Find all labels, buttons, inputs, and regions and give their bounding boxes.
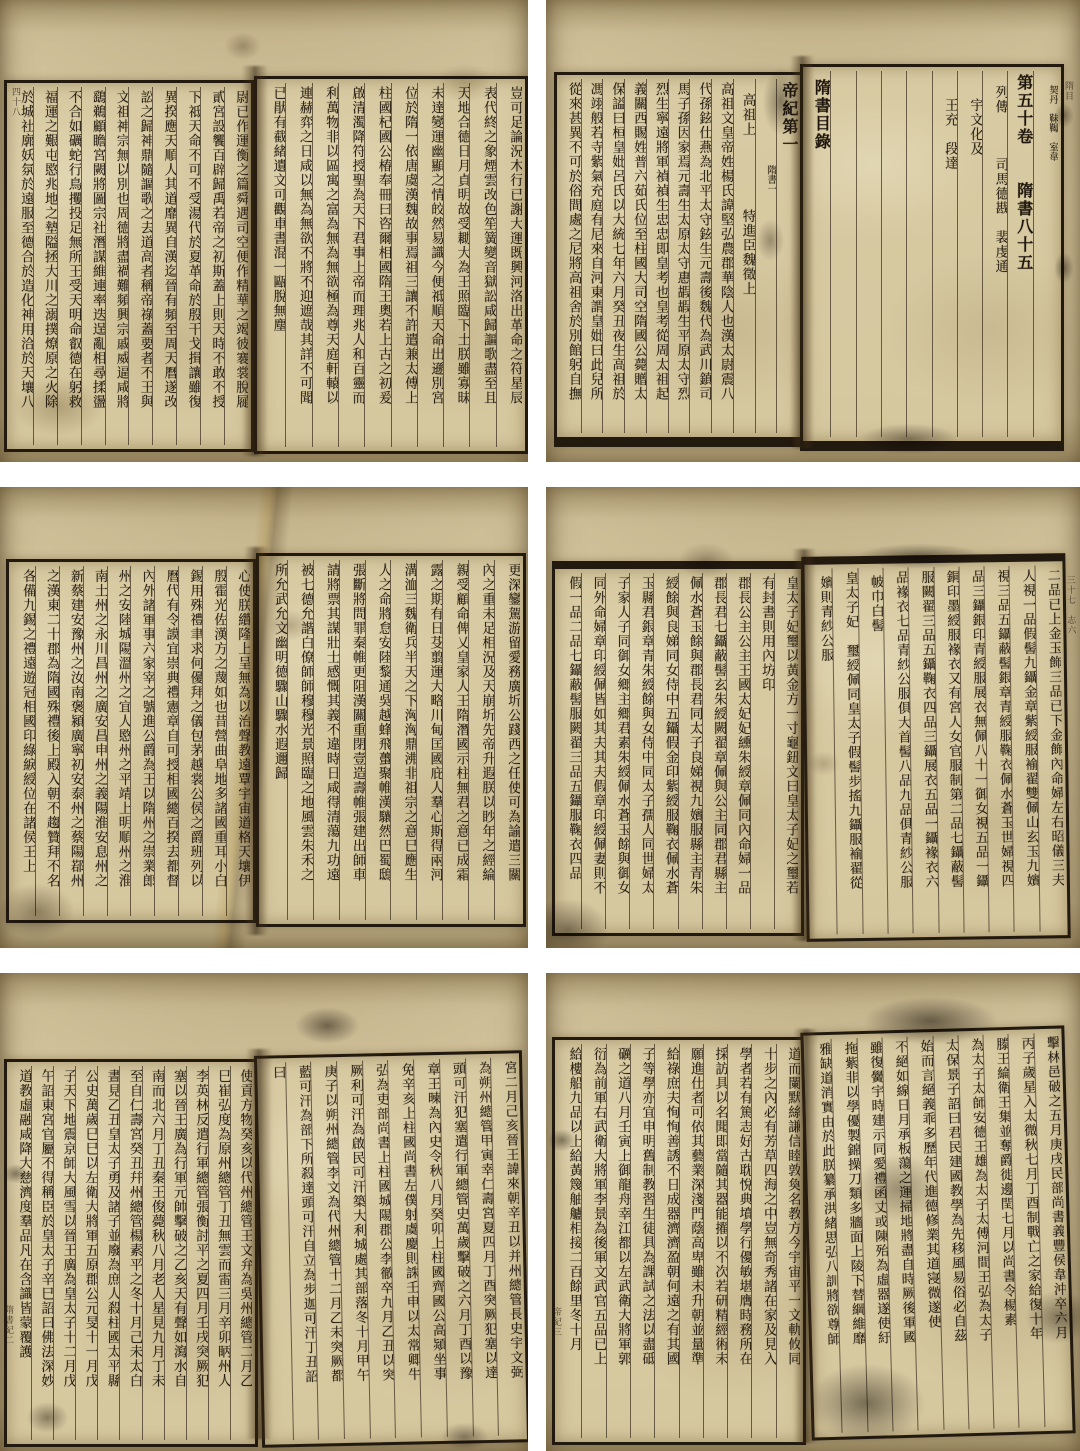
text-columns: 豈可足論況木行已謝大運既興河洛出革命之符星辰表代終之象煙雲改色笙簧變音獄訟咸歸謳… — [260, 83, 522, 447]
text-column: 不合如礪蛇行鳥攫投足無所王受天明命叡德在躬救 — [57, 87, 81, 445]
text-column: 十步之內必有芳草四海之中豈無奇秀諸在家及見入 — [751, 1044, 775, 1438]
text-column: 第五十卷 隋書八十五 — [1007, 71, 1032, 437]
text-column: 更深鑾駕游留愛務廣圻公踐西之任使可為諭遣三關 — [494, 560, 520, 920]
text-column: 訟之歸神鼎隨謳歌之去道高者稱帝祿蓋要者不王與 — [128, 87, 152, 445]
text-column: 新蔡建安豫州之汝南褒潁廣寧初安泰州之蔡陽鄀州 — [59, 566, 83, 916]
text-column: 巳崔弘度為原州總管丁丑無雲而雷三月辛卯眪州人 — [208, 1066, 230, 1440]
text-column: 郡長君七鑷蔽髻玄朱綬闕翟章佩與公主同郡君縣主 — [702, 573, 726, 929]
margin-label: 帝紀三 — [550, 1307, 563, 1337]
margin-label: 隋書紀二 — [2, 1305, 15, 1345]
text-columns: 二品已上金玉飾三品已下金飾內命婦左右昭儀三夫人視一品假髻九鑷金章紫綬服褕翟雙佩山… — [807, 565, 1064, 934]
text-column: 皇太子妃璽以黃金方一寸龜鈕文曰皇太子妃之璽若 — [774, 573, 798, 929]
text-column: 表代終之象煙雲改色笙簧變音獄訟咸歸謳歌盡至且 — [469, 83, 495, 447]
text-column: 午詔東宮官屬不得稱臣於皇太子辛巳詔曰佛法深妙 — [31, 1066, 53, 1440]
text-column: 各備九錫之禮遠遊冠相國印綠綟綬位在諸侯王上 — [12, 566, 35, 916]
spread-middle-right: 皇太子妃璽以黃金方一寸龜鈕文曰皇太子妃之璽若有封書則用內坊印郡長公主公主王國太妃… — [546, 487, 1080, 948]
text-column: 道而闌默絲謙信睦敦奐名教方今宇宙平一文軌攸同 — [776, 1044, 800, 1438]
text-column: 馬子孫因家焉元壽生太原太守惠嘏嘏生平原太守烈 — [668, 79, 690, 433]
text-column: 貳宮設饗百辟歸禹若帝之初斯蓋上則天時不敢不授 — [200, 87, 224, 445]
text-column: 有封書則用內坊印 — [750, 573, 774, 929]
margin-label: 三十七 志六 — [1064, 575, 1078, 635]
text-column: 從來甚異不可於俗間處之尼將高祖舍於別館躬自撫 — [560, 79, 581, 433]
text-column: 內外諸軍事六家宰之號進公爵為王以隋州之崇業郎 — [130, 566, 154, 916]
spread-top-right: 帝紀第一隋書一高祖上 特進臣魏徵上高祖文皇帝姓楊氏諱堅弘農郡華陰人也漢太尉震八代… — [546, 0, 1080, 462]
text-column: 所允武允文幽明德驟山驟水遐邇歸 — [262, 560, 287, 920]
page-right: 契丹 靺鞨 室韋第五十卷 隋書八十五列傳 司馬德戡 裴虔通宇文化及王充 段達隋書… — [800, 64, 1064, 451]
text-column: 請將票其謀壯士感慨其義不違時日咸得清蕩九功遠 — [313, 560, 339, 920]
page-right: 宮二月己亥晉王諱來朝辛丑以并州總管長史宇文弼為朔州總管甲寅幸仁壽宮夏四月丁酉突厥… — [254, 1050, 528, 1448]
margin-label: 四十八 — [9, 87, 22, 117]
text-column: 玉縣君銀章青朱綬餘與女侍中同太子孺人同世婦太 — [629, 573, 653, 929]
text-column: 隋書一 — [755, 79, 777, 433]
text-column: 使貢方物癸亥以代州總管王文弁為吳州總管二月乙 — [230, 1066, 252, 1440]
text-column: 晝見乙丑皇太子勇及諸子並廢為庶人殺柱國太平縣 — [97, 1066, 119, 1440]
page-right: 二品已上金玉飾三品已下金飾內命婦左右昭儀三夫人視一品假髻九鑷金章紫綬服褕翟雙佩山… — [801, 553, 1070, 942]
text-column: 高祖文皇帝姓楊氏諱堅弘農郡華陰人也漢太尉震八 — [711, 79, 733, 433]
text-column: 綬餘與良娣同女侍中五鑷假金印紫綬服鞠衣佩水蒼 — [653, 573, 677, 929]
text-columns: 更深鑾駕游留愛務廣圻公踐西之任使可為諭遣三關內之重未足相況及天崩圻先帝升遐朕以眇… — [262, 560, 520, 920]
text-column: 於城社廓妖氛於遠服至德合於造化神用洽於天壤八 — [10, 87, 33, 445]
text-column: 錫用殊禮聿求何優拜之儀包茅越裳公侯之爵班列以 — [178, 566, 202, 916]
text-column: 二品已上金玉飾三品已下金飾內命婦左右昭儀三夫 — [1034, 565, 1064, 931]
text-columns: 契丹 靺鞨 室韋第五十卷 隋書八十五列傳 司馬德戡 裴虔通宇文化及王充 段達隋書… — [806, 71, 1058, 437]
text-column — [906, 71, 931, 437]
spread-top-left: 尉已作運衡之篇舜遇司空便作精華之竭彼褰裳脫屣貳宮設饗百辟歸禹若帝之初斯蓋上則天時… — [0, 0, 528, 462]
text-column: 張斷將問罪秦帷更阻漢關重閉壹造壽帷張建出師車 — [339, 560, 365, 920]
text-column: 高祖上 特進臣魏徵上 — [733, 79, 755, 433]
text-columns: 宮二月己亥晉王諱來朝辛丑以并州總管長史宇文弼為朔州總管甲寅幸仁壽宮夏四月丁酉突厥… — [260, 1057, 524, 1440]
text-column: 曆代有令謨宜崇典禮憲章自可授相國總百揆去都督 — [154, 566, 178, 916]
text-column: 子家人子同御女鄉主鄉君素朱綬佩水蒼玉餘與御女 — [605, 573, 629, 929]
text-column: 帝紀第一 — [776, 79, 798, 433]
page-right: 擊林邑破之五月庚戌民部尚書義豐侯韋沖卒六月丙子歲星入太微秋七月丁酉制戰亡之家給復… — [800, 1025, 1075, 1440]
text-column — [881, 71, 906, 437]
text-column: 馮翊般若寺紫氣充庭有尼來自河東謂皇妣曰此兒所 — [581, 79, 603, 433]
text-column: 郡長公主公主王國太妃妃纁朱綬章佩同內命婦一品 — [726, 573, 750, 929]
page-left: 道而闌默絲謙信睦敦奐名教方今宇宙平一文軌攸同十步之內必有芳草四海之中豈無奇秀諸在… — [552, 1037, 806, 1445]
page-left: 心使朕纘隆上呈無為以治聲教遠覃宇宙道格天壤伊殷霍光佐漢方之蔑如也昔營曲阜地多諸國… — [6, 559, 256, 923]
text-column: 採訪具以名聞即當隨其器能擢以不次若研精經術未 — [703, 1044, 727, 1438]
text-column: 宇文化及 — [957, 71, 982, 437]
text-column: 啟清濁降符授聖為天下君事上帝而理兆人和百靈而 — [338, 83, 364, 447]
text-column: 假一品二品七鑷蔽髻服闕翟三品五鑷服鞠衣四品 — [558, 573, 581, 929]
text-column: 連赫弈之日咸以無為無欲不將不迎遮哉其詳不可聞 — [285, 83, 311, 447]
text-column: 塞以晉王廣為行軍元帥擊破之乙亥天有聲如瀉水自 — [164, 1066, 186, 1440]
text-columns: 心使朕纘隆上呈無為以治聲教遠覃宇宙道格天壤伊殷霍光佐漢方之蔑如也昔營曲阜地多諸國… — [12, 566, 250, 916]
text-columns: 擊林邑破之五月庚戌民部尚書義豐侯韋沖卒六月丙子歲星入太微秋七月丁酉制戰亡之家給復… — [807, 1033, 1070, 1434]
text-column: 公史萬歲巳巳以左衛大將軍五原郡公元旻十一月戊 — [75, 1066, 97, 1440]
page-left: 使貢方物癸亥以代州總管王文弁為吳州總管二月乙巳崔弘度為原州總管丁丑無雲而雷三月辛… — [4, 1059, 258, 1447]
text-column: 佩水蒼玉餘與郡長君同太子良娣視九嬪服縣主青朱 — [678, 573, 702, 929]
text-column: 隋書目錄 — [806, 71, 830, 437]
text-column: 子等學亦宜申明舊制教習生徒具為課試之法以盡砥 — [630, 1044, 654, 1438]
text-column: 心使朕纘隆上呈無為以治聲教遠覃宇宙道格天壤伊 — [226, 566, 250, 916]
text-column: 州之安陸城陽溫州之宜人愍州之平靖上明順州之淮 — [107, 566, 131, 916]
text-column: 內之重未足相況及天崩圻先帝升遐朕以眇年之經綸 — [468, 560, 494, 920]
text-column: 學者若有篤志好古耽悅典墳學行優敏堪膺時務所在 — [727, 1044, 751, 1438]
text-column: 鷂鵜顧瞻宮闕將圖宗社潛謀維連率迭逞亂相尋揉盪 — [81, 87, 105, 445]
text-column: 殷霍光佐漢方之蔑如也昔營曲阜地多諸國重耳小白 — [202, 566, 226, 916]
text-column: 同外命婦章印綬佩皆如其夫其夫假章印綬佩妻則不 — [581, 573, 605, 929]
text-column: 溝洫三魏衛兵半天之下洶洶鼎沸非祖宗之意巳應生 — [390, 560, 416, 920]
text-columns: 使貢方物癸亥以代州總管王文弁為吳州總管二月乙巳崔弘度為原州總管丁丑無雲而雷三月辛… — [10, 1066, 252, 1440]
page-left: 帝紀第一隋書一高祖上 特進臣魏徵上高祖文皇帝姓楊氏諱堅弘農郡華陰人也漢太尉震八代… — [554, 72, 804, 447]
text-column: 已猒有截緒遺文可觀車書混一甌脫無塵 — [260, 83, 285, 447]
spread-bottom-right: 道而闌默絲謙信睦敦奐名教方今宇宙平一文軌攸同十步之內必有芳草四海之中豈無奇秀諸在… — [546, 973, 1080, 1451]
text-columns: 道而闌默絲謙信睦敦奐名教方今宇宙平一文軌攸同十步之內必有芳草四海之中豈無奇秀諸在… — [558, 1044, 800, 1438]
text-column: 契丹 靺鞨 室韋 — [1033, 71, 1058, 437]
text-column: 未達變運幽顯之情皎然易識今便祗順天命出遜別宮 — [417, 83, 443, 447]
text-column: 代孫鉉仕燕為北平太守鉉生元壽後魏代為武川鎮司 — [689, 79, 711, 433]
text-column: 柱國杞國公椿奉冊曰咨爾相國隋王奧若上古之初爰 — [364, 83, 390, 447]
text-column: 人之命將怠安陸黎通吳越蜂飛蠆聚帷漢驤然巴蜀鴟 — [365, 560, 391, 920]
text-column: 保謚曰桓皇妣呂氏以大統七年六月癸丑夜生高祖於 — [602, 79, 624, 433]
page-left: 皇太子妃璽以黃金方一寸龜鈕文曰皇太子妃之璽若有封書則用內坊印郡長公主公主王國太妃… — [552, 561, 804, 936]
text-column: 下祗天命不可不受湯代於夏革命於殷干戈揖讓雖復 — [176, 87, 200, 445]
text-column: 南土州之永川昌州之廣安昌申州之義陽淮安息州之 — [83, 566, 107, 916]
text-column: 李英林反遣行軍總管張衡討平之夏四月壬戌突厥犯 — [186, 1066, 208, 1440]
text-column: 王充 段達 — [932, 71, 957, 437]
margin-label: 隋目 — [1062, 81, 1075, 101]
text-column: 尉已作運衡之篇舜遇司空便作精華之竭彼褰裳脫屣 — [224, 87, 248, 445]
text-column: 福運之艱屯愍兆地之墊隘拯大川之溺撲燎原之火除 — [33, 87, 57, 445]
text-column: 被七德允諧白僚師師穆穆光景照臨之地風雲朱禾之 — [287, 560, 313, 920]
text-column: 天地合德日月貞明故受耡大為王照臨下土朕雖寡昧 — [443, 83, 469, 447]
text-columns: 尉已作運衡之篇舜遇司空便作精華之竭彼褰裳脫屣貳宮設饗百辟歸禹若帝之初斯蓋上則天時… — [10, 87, 248, 445]
text-column: 衍為前軍右武衛大將軍李景為後軍文武官五品已上 — [581, 1044, 605, 1438]
text-column: 文祖神宗無以別也周德將盡禍難頻興宗戚威逼咸將 — [105, 87, 129, 445]
scan-sheet: 尉已作運衡之篇舜遇司空便作精華之竭彼褰裳脫屣貳宮設饗百辟歸禹若帝之初斯蓋上則天時… — [0, 0, 1080, 1451]
text-column: 南而北六月丁丑秦王俊薨秋八月老人星見九月丁未 — [142, 1066, 164, 1440]
text-columns: 帝紀第一隋書一高祖上 特進臣魏徵上高祖文皇帝姓楊氏諱堅弘農郡華陰人也漢太尉震八代… — [560, 79, 798, 433]
text-column: 位於隋一依唐虞漢魏故事焉祖三讓不許遣兼太傅上 — [391, 83, 417, 447]
text-column — [830, 71, 855, 437]
spread-bottom-left: 使貢方物癸亥以代州總管王文弁為吳州總管二月乙巳崔弘度為原州總管丁丑無雲而雷三月辛… — [0, 973, 528, 1451]
text-column: 道教虛融咸降大慈濟度羣品凡在含識皆蒙覆護 — [10, 1066, 31, 1440]
page-right: 豈可足論況木行已謝大運既興河洛出革命之符星辰表代終之象煙雲改色笙簧變音獄訟咸歸謳… — [254, 76, 528, 454]
text-columns: 皇太子妃璽以黃金方一寸龜鈕文曰皇太子妃之璽若有封書則用內坊印郡長公主公主王國太妃… — [558, 573, 798, 929]
page-left: 尉已作運衡之篇舜遇司空便作精華之竭彼褰裳脫屣貳宮設饗百辟歸禹若帝之初斯蓋上則天時… — [4, 80, 254, 452]
text-column: 義關西賜姓普六茹氏位至柱國大司空隋國公薨贈太 — [624, 79, 646, 433]
text-column: 礪之道八月壬寅上御龍舟幸江都以左武衛大將軍郭 — [606, 1044, 630, 1438]
text-column: 子天下地震京師大風雪以晉王廣為皇太子十二月戊 — [53, 1066, 75, 1440]
text-column: 給祿庶夫恂恂善誘不日成器濟濟盈朝何遠之有其國 — [654, 1044, 678, 1438]
text-column: 異揆應天順人其道靡異自漢迄晉有頻至周天曆遂改 — [152, 87, 176, 445]
text-column: 利萬物非以區寓之富為無為無欲極為尊天庭軒轅以 — [312, 83, 338, 447]
text-column: 豈可足論況木行已謝大運既興河洛出革命之符星辰 — [496, 83, 522, 447]
text-column: 給樓船九品以上給黃篾舳艫相接二百餘里冬十月 — [558, 1044, 581, 1438]
page-right: 更深鑾駕游留愛務廣圻公踐西之任使可為諭遣三關內之重未足相況及天崩圻先帝升遐朕以眇… — [256, 553, 526, 927]
spread-middle-left: 心使朕纘隆上呈無為以治聲教遠覃宇宙道格天壤伊殷霍光佐漢方之蔑如也昔營曲阜地多諸國… — [0, 487, 528, 948]
text-column: 烈生寧遠將軍禎禎生忠忠即皇考也皇考從周太祖起 — [646, 79, 668, 433]
text-column — [856, 71, 881, 437]
text-column: 願進仕者可依其藝業深淺門蔭高卑雖未升朝並量準 — [679, 1044, 703, 1438]
text-column: 至自仁壽宮癸丑幷州總管楊素平之冬十月己未太白 — [119, 1066, 141, 1440]
text-column: 親受顧命俾乂皇家人王隋潛國示柱無君之意已成霜 — [442, 560, 468, 920]
text-column: 列傳 司馬德戡 裴虔通 — [982, 71, 1007, 437]
text-column: 之漢東二十郡為隋國殊禮後上殿入朝不趨贊拜不名 — [35, 566, 59, 916]
text-column: 露之期有日芟翦運大略川甸匡國庇人羣心斯得兩河 — [416, 560, 442, 920]
